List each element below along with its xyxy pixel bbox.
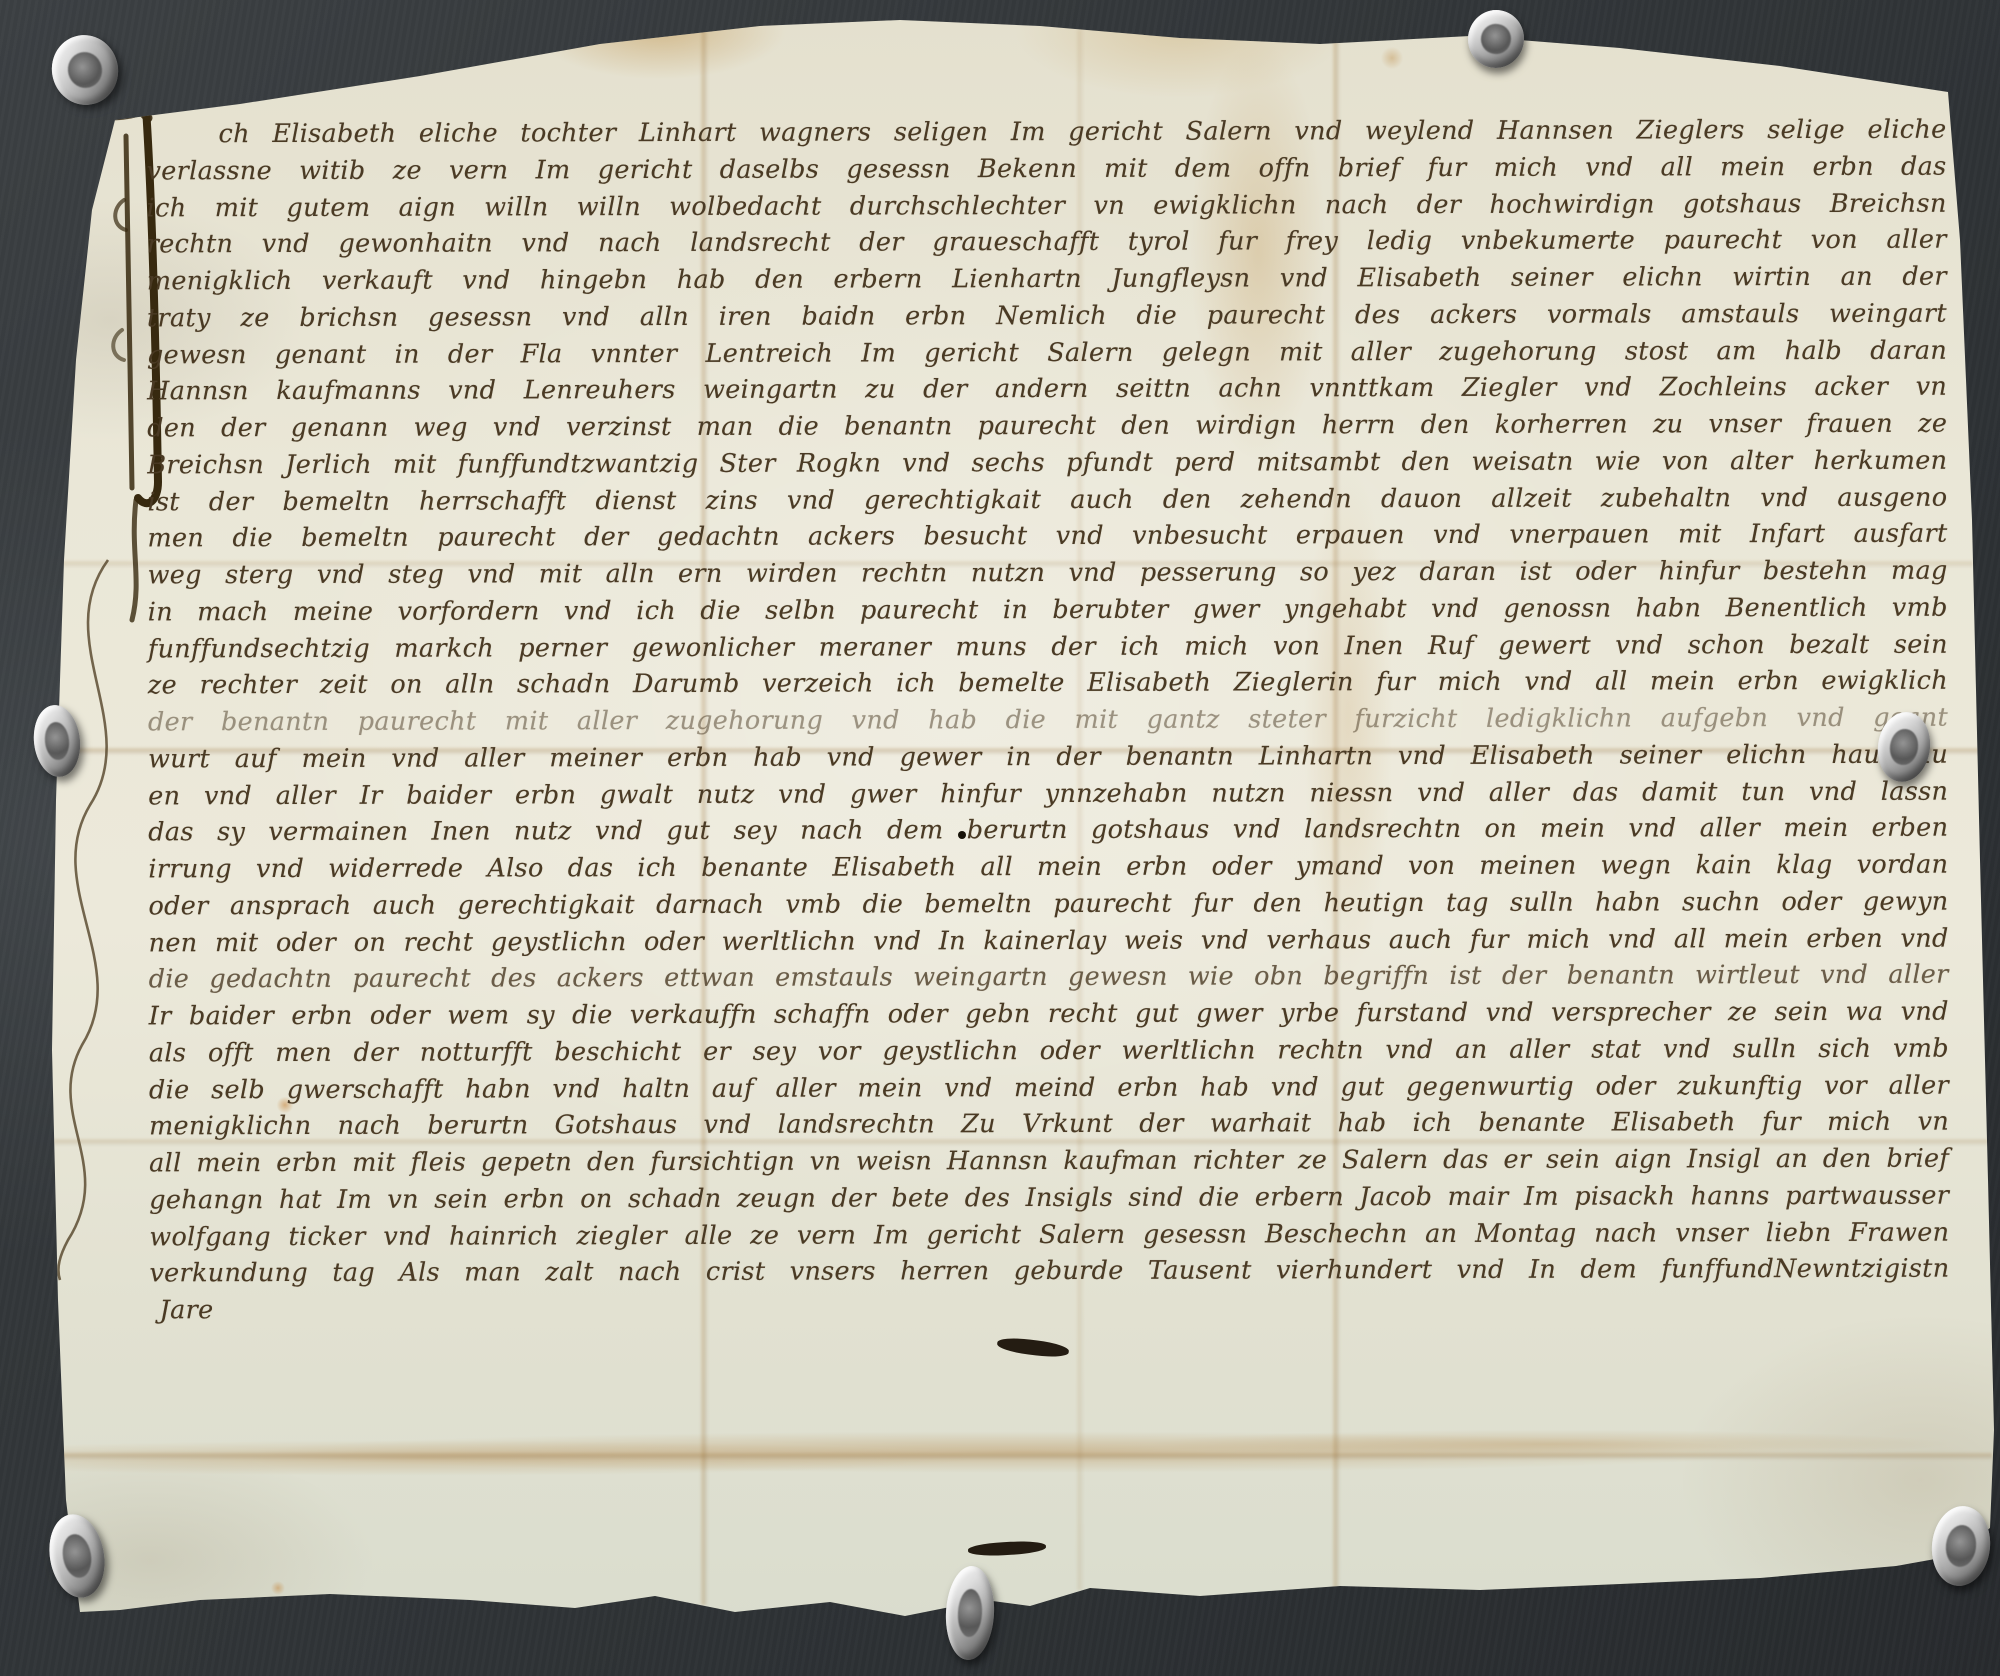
manuscript-line: das sy vermainen Inen nutz vnd gut sey n… (148, 810, 1948, 851)
manuscript-line: men die bemeltn paurecht der gedachtn ac… (147, 516, 1947, 557)
manuscript-line: gehangn hat Im vn sein erbn on schadn ze… (149, 1177, 1949, 1218)
parchment-sheet: ch Elisabeth eliche tochter Linhart wagn… (0, 0, 2000, 1676)
manuscript-line: nen mit oder on recht geystlichn oder we… (149, 920, 1949, 961)
manuscript-line: Breichsn Jerlich mit funffundtzwantzig S… (147, 442, 1947, 483)
pin-top-left-core (64, 48, 107, 92)
pin-bottom-center-core (956, 1588, 983, 1638)
parchment-slit-upper (996, 1336, 1069, 1360)
manuscript-line: wurt auf mein vnd aller meiner erbn hab … (148, 736, 1948, 777)
manuscript-line: ist der bemeltn herrschafft dienst zins … (147, 479, 1947, 520)
horizontal-fold-4 (52, 1452, 1992, 1460)
manuscript-line: als offt men der notturfft beschicht er … (149, 1030, 1949, 1071)
margin-squiggle (58, 560, 108, 1280)
manuscript-line: all mein erbn mit fleis gepetn den fursi… (149, 1141, 1949, 1182)
parchment-slit-lower (968, 1540, 1047, 1557)
manuscript-line: die gedachtn paurecht des ackers ettwan … (149, 957, 1949, 998)
manuscript-line: ch Elisabeth eliche tochter Linhart wagn… (146, 112, 1946, 153)
manuscript-line: traty ze brichsn gesessn vnd alln iren b… (147, 295, 1947, 336)
manuscript-line: ich mit gutem aign willn willn wolbedach… (147, 185, 1947, 226)
manuscript-line: verlassne witib ze vern Im gericht dasel… (147, 148, 1947, 189)
manuscript-line: ze rechter zeit on alln schadn Darumb ve… (148, 663, 1948, 704)
manuscript-line: Jare (149, 1288, 1949, 1329)
manuscript-line: menigklichn nach berurtn Gotshaus vnd la… (149, 1104, 1949, 1145)
pin-bottom-right-core (1944, 1524, 1978, 1569)
manuscript-line: oder ansprach auch gerechtigkait darnach… (148, 883, 1948, 924)
manuscript-line: Hannsn kaufmanns vnd Lenreuhers weingart… (147, 369, 1947, 410)
manuscript-line: verkundung tag Als man zalt nach crist v… (149, 1251, 1949, 1292)
manuscript-text: ch Elisabeth eliche tochter Linhart wagn… (146, 112, 1949, 1329)
manuscript-line: weg sterg vnd steg vnd mit alln ern wird… (148, 553, 1948, 594)
manuscript-line: irrung vnd widerrede Also das ich benant… (148, 847, 1948, 888)
manuscript-line: die selb gwerschafft habn vnd haltn auf … (149, 1067, 1949, 1108)
pin-bottom-left-core (59, 1532, 94, 1580)
manuscript-line: menigklich verkauft vnd hingebn hab den … (147, 259, 1947, 300)
pin-middle-left-core (43, 721, 71, 761)
manuscript-line: rechtn vnd gewonhaitn vnd nach landsrech… (147, 222, 1947, 263)
manuscript-line: den der genann weg vnd verzinst man die … (147, 406, 1947, 447)
ink-hole (958, 831, 966, 839)
photo-stage: ch Elisabeth eliche tochter Linhart wagn… (0, 0, 2000, 1676)
pin-middle-right-core (1888, 727, 1920, 767)
manuscript-line: Ir baider erbn oder wem sy die verkauffn… (149, 994, 1949, 1035)
manuscript-line: der benantn paurecht mit aller zugehorun… (148, 700, 1948, 741)
manuscript-line: gewesn genant in der Fla vnnter Lentreic… (147, 332, 1947, 373)
manuscript-line: in mach meine vorfordern vnd ich die sel… (148, 589, 1948, 630)
manuscript-line: funffundsechtzig markch perner gewonlich… (148, 626, 1948, 667)
pin-top-right-core (1479, 22, 1513, 57)
manuscript-line: en vnd aller Ir baider erbn gwalt nutz v… (148, 773, 1948, 814)
manuscript-line: wolfgang ticker vnd hainrich ziegler all… (149, 1214, 1949, 1255)
